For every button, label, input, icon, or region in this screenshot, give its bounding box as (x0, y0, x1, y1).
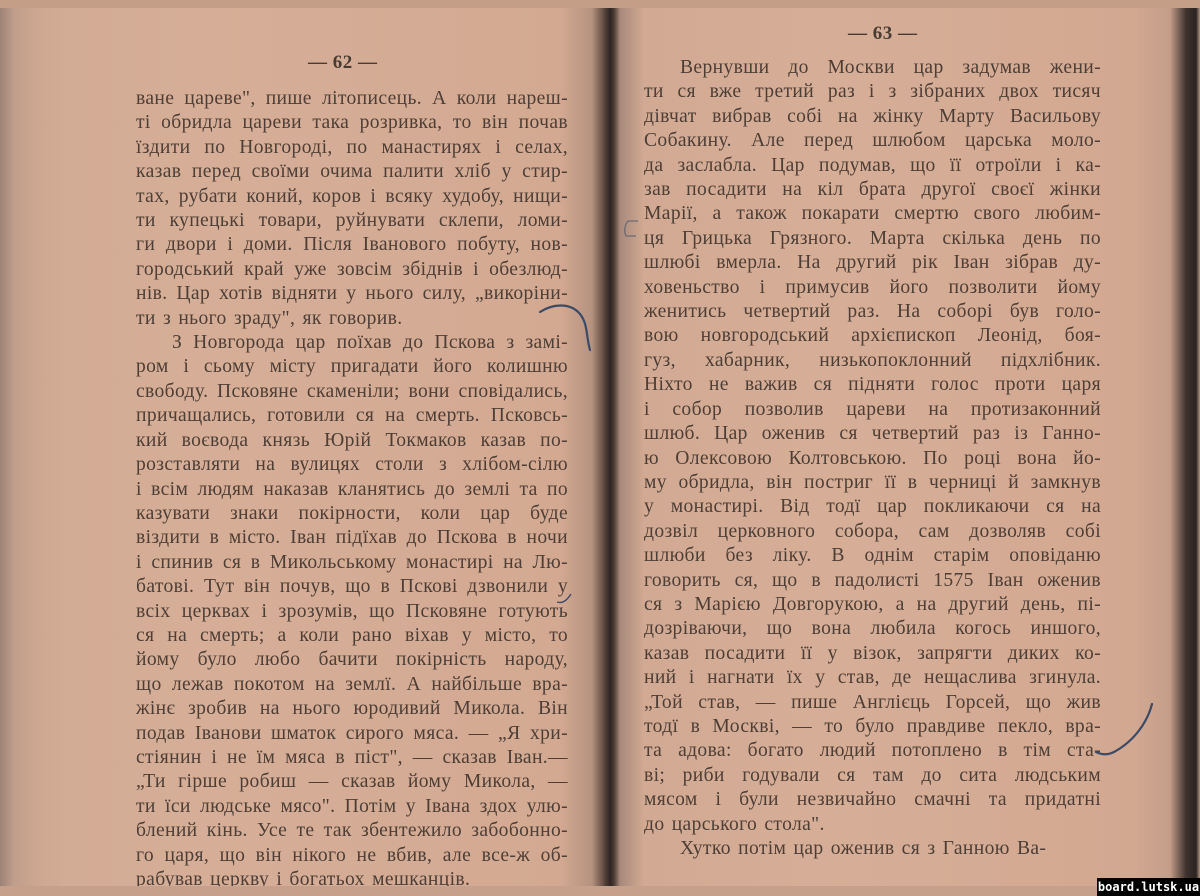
text-line: му обридла, він постриг її в черниці й з… (644, 471, 1101, 495)
text-line: та адова: богато людий потоплено в тім с… (644, 739, 1101, 763)
text-line: дозріваючи, що вона любила когось иншого… (644, 617, 1101, 641)
text-line: зав посадити на кіл брата другої своєї ж… (644, 178, 1101, 202)
text-line: шлюби без ліку. В однім старім оповіданю (644, 544, 1101, 568)
text-line: ю Олексовою Колтовською. По році вона йо… (644, 447, 1101, 471)
text-line: ти їси людське мясо". Потім у Івана здох… (136, 795, 568, 819)
text-line: женитись четвертий раз. На соборі був го… (644, 300, 1101, 324)
text-line: всіх церквах і зрозумів, що Псковяне гот… (136, 600, 568, 624)
text-line: казав перед своїми очима палити хліб у с… (136, 160, 568, 184)
text-line: вою новгородський архієпископ Леонід, бо… (644, 324, 1101, 348)
text-line: розставляти на вулицях столи з хлібом-сі… (136, 453, 568, 477)
text-line: Марії, а також покарати смертю свого люб… (644, 202, 1101, 226)
text-line: да заслабла. Цар подумав, що її отроїли … (644, 154, 1101, 178)
text-line: стіянин і не їм мяса в піст", — сказав І… (136, 746, 568, 770)
text-line: у монастирі. Від тодї цар покликаючи ся … (644, 495, 1101, 519)
text-line: блений кінь. Усе те так збентежило забоб… (136, 819, 568, 843)
text-line: „Той став, — пише Англієць Горсей, що жи… (644, 691, 1101, 715)
text-line: ги двори і доми. Після Іванового побуту,… (136, 233, 568, 257)
text-line: ване цареве", пише літописець. А коли на… (136, 87, 568, 111)
text-line: ся з Марією Довгорукою, а на другий день… (644, 593, 1101, 617)
page-number: — 62 — (308, 52, 378, 74)
text-line: ві; риби годували ся там до сита людськи… (644, 764, 1101, 788)
pen-mark-icon (1092, 700, 1162, 760)
scan-bottom-edge (0, 886, 1200, 896)
text-line: нів. Цар хотів відняти у нього силу, „ви… (136, 282, 568, 306)
text-line: Вернувши до Москви цар задумав жени- (644, 56, 1101, 80)
watermark: board.lutsk.ua (1097, 878, 1200, 896)
text-line: жінє зробив на нього юродивий Микола. Ві… (136, 697, 568, 721)
text-line: Собакину. Але перед шлюбом царська моло- (644, 129, 1101, 153)
text-line: тодї в Москві, — то було правдиве пекло,… (644, 715, 1101, 739)
text-line: причащались, готовили ся на смерть. Пско… (136, 404, 568, 428)
text-line: гуз, хабарник, низькопоклонний підхлібни… (644, 349, 1101, 373)
text-line: що лежав покотом на землї. А найбільше в… (136, 673, 568, 697)
open-book-spread: — 62 — ване цареве", пише літописець. А … (0, 0, 1200, 896)
text-line: казувати знаки покірности, коли цар буде (136, 502, 568, 526)
text-line: і собор позволив цареви на протизаконний (644, 398, 1101, 422)
text-line: казав посадити її у візок, запрягти дики… (644, 642, 1101, 666)
text-line: мясом і були незвичайно смачні та придат… (644, 788, 1101, 812)
pen-mark-icon (620, 218, 644, 240)
text-line: ти купецькі товари, руйнувати склепи, ло… (136, 209, 568, 233)
text-line: говорить ся, що в падолисті 1575 Іван ож… (644, 569, 1101, 593)
text-line: Хутко потім цар оженив ся з Ганною Ва- (644, 837, 1101, 861)
text-line: городський край уже зовсім збіднів і обе… (136, 258, 568, 282)
text-line: ти з нього зраду", як говорив. (136, 307, 568, 331)
left-page: — 62 — ване цареве", пише літописець. А … (0, 0, 608, 896)
text-line: „Ти гірше робиш — сказав йому Микола, — (136, 770, 568, 794)
text-line: їздити по Новгороді, по манастирях і сел… (136, 136, 568, 160)
text-line: свободу. Псковяне скаменіли; вони сповід… (136, 380, 568, 404)
text-line: шлюб. Цар оженив ся четвертий раз із Ган… (644, 422, 1101, 446)
page-body-text: Вернувши до Москви цар задумав жени-ти с… (644, 56, 1101, 861)
text-line: ця Грицька Грязного. Марта скілька день … (644, 227, 1101, 251)
text-line: і спинив ся в Микольському монастирі на … (136, 551, 568, 575)
scan-top-edge (0, 0, 1200, 8)
text-line: подав Іванови шматок сирого мяса. — „Я х… (136, 722, 568, 746)
text-line: віздити в місто. Іван підїхав до Пскова … (136, 526, 568, 550)
text-line: го царя, що він нікого не вбив, але все-… (136, 844, 568, 868)
page-number: — 63 — (848, 23, 918, 45)
right-page: — 63 — Вернувши до Москви цар задумав же… (614, 0, 1200, 896)
text-line: ний і нагнати їх у став, де нещаслива зг… (644, 666, 1101, 690)
text-line: ром і сьому місту пригадати його колишню (136, 355, 568, 379)
text-line: до царського стола". (644, 813, 1101, 837)
text-line: ти ся вже третий раз і з зібраних двох т… (644, 80, 1101, 104)
text-line: дівчат вибрав собі на жінку Марту Василь… (644, 105, 1101, 129)
text-line: йому було любо бачити покірність народу, (136, 648, 568, 672)
text-line: батові. Тут він почув, що в Пскові дзвон… (136, 575, 568, 599)
text-line: тах, рубати коний, коров і всяку худобу,… (136, 185, 568, 209)
text-line: ті обридла цареви така розривка, то він … (136, 111, 568, 135)
text-line: шлюбі вмерла. На другий рік Іван зібрав … (644, 251, 1101, 275)
text-line: Ніхто не важив ся підняти голос проти ца… (644, 373, 1101, 397)
page-body-text: ване цареве", пише літописець. А коли на… (136, 87, 568, 892)
text-line: З Новгорода цар поїхав до Пскова з замі- (136, 331, 568, 355)
text-line: ховеньство і примусив його позволити йом… (644, 276, 1101, 300)
text-line: дозвіл церковного собора, сам дозволяв с… (644, 520, 1101, 544)
text-line: ся на смерть; а коли рано віхав у місто,… (136, 624, 568, 648)
text-line: кий воєвода князь Юрій Токмаков казав по… (136, 429, 568, 453)
text-line: і всім людям наказав кланятись до землі … (136, 478, 568, 502)
